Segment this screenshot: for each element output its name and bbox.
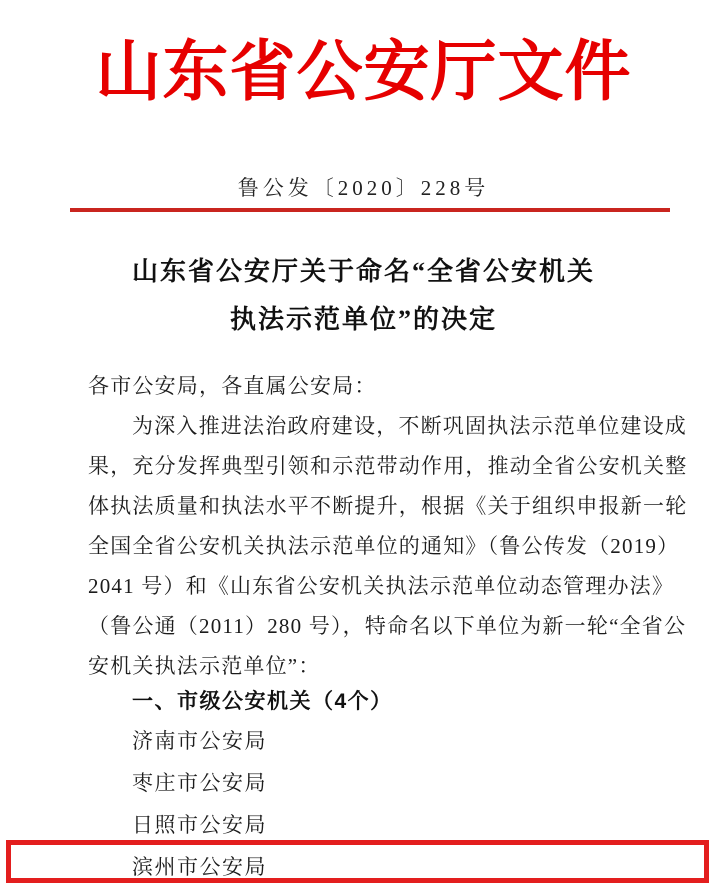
document-body: 各市公安局，各直属公安局： 为深入推进法治政府建设，不断巩固执法示范单位建设成 … xyxy=(88,366,648,686)
body-line: 全国全省公安机关执法示范单位的通知》（鲁公传发（2019） xyxy=(88,526,648,566)
document-header-title: 山东省公安厅文件 xyxy=(0,18,727,113)
body-line: 为深入推进法治政府建设，不断巩固执法示范单位建设成 xyxy=(88,406,648,446)
document-title-line-2: 执法示范单位”的决定 xyxy=(0,296,727,344)
section-heading-city-level: 一、市级公安机关（4个） xyxy=(132,684,393,720)
red-divider-rule xyxy=(70,208,670,212)
list-item-zaozhuang: 枣庄市公安局 xyxy=(132,762,393,804)
body-line: （鲁公通（2011）280 号），特命名以下单位为新一轮“全省公 xyxy=(88,606,648,646)
list-item-binzhou-highlighted: 滨州市公安局 xyxy=(132,846,393,888)
document-number: 鲁公发〔2020〕228号 xyxy=(0,172,727,202)
list-item-rizhao: 日照市公安局 xyxy=(132,804,393,846)
document-title-line-1: 山东省公安厅关于命名“全省公安机关 xyxy=(0,248,727,296)
body-line: 2041 号）和《山东省公安机关执法示范单位动态管理办法》 xyxy=(88,566,648,606)
salutation-line: 各市公安局，各直属公安局： xyxy=(88,366,648,406)
body-line: 体执法质量和执法水平不断提升，根据《关于组织申报新一轮 xyxy=(88,486,648,526)
official-document-page: 山东省公安厅文件 鲁公发〔2020〕228号 山东省公安厅关于命名“全省公安机关… xyxy=(0,0,727,894)
body-line: 安机关执法示范单位”： xyxy=(88,646,648,686)
document-title: 山东省公安厅关于命名“全省公安机关 执法示范单位”的决定 xyxy=(0,248,727,344)
body-line: 果，充分发挥典型引领和示范带动作用，推动全省公安机关整 xyxy=(88,446,648,486)
unit-list-section: 一、市级公安机关（4个） 济南市公安局 枣庄市公安局 日照市公安局 滨州市公安局 xyxy=(132,684,393,888)
list-item-jinan: 济南市公安局 xyxy=(132,720,393,762)
